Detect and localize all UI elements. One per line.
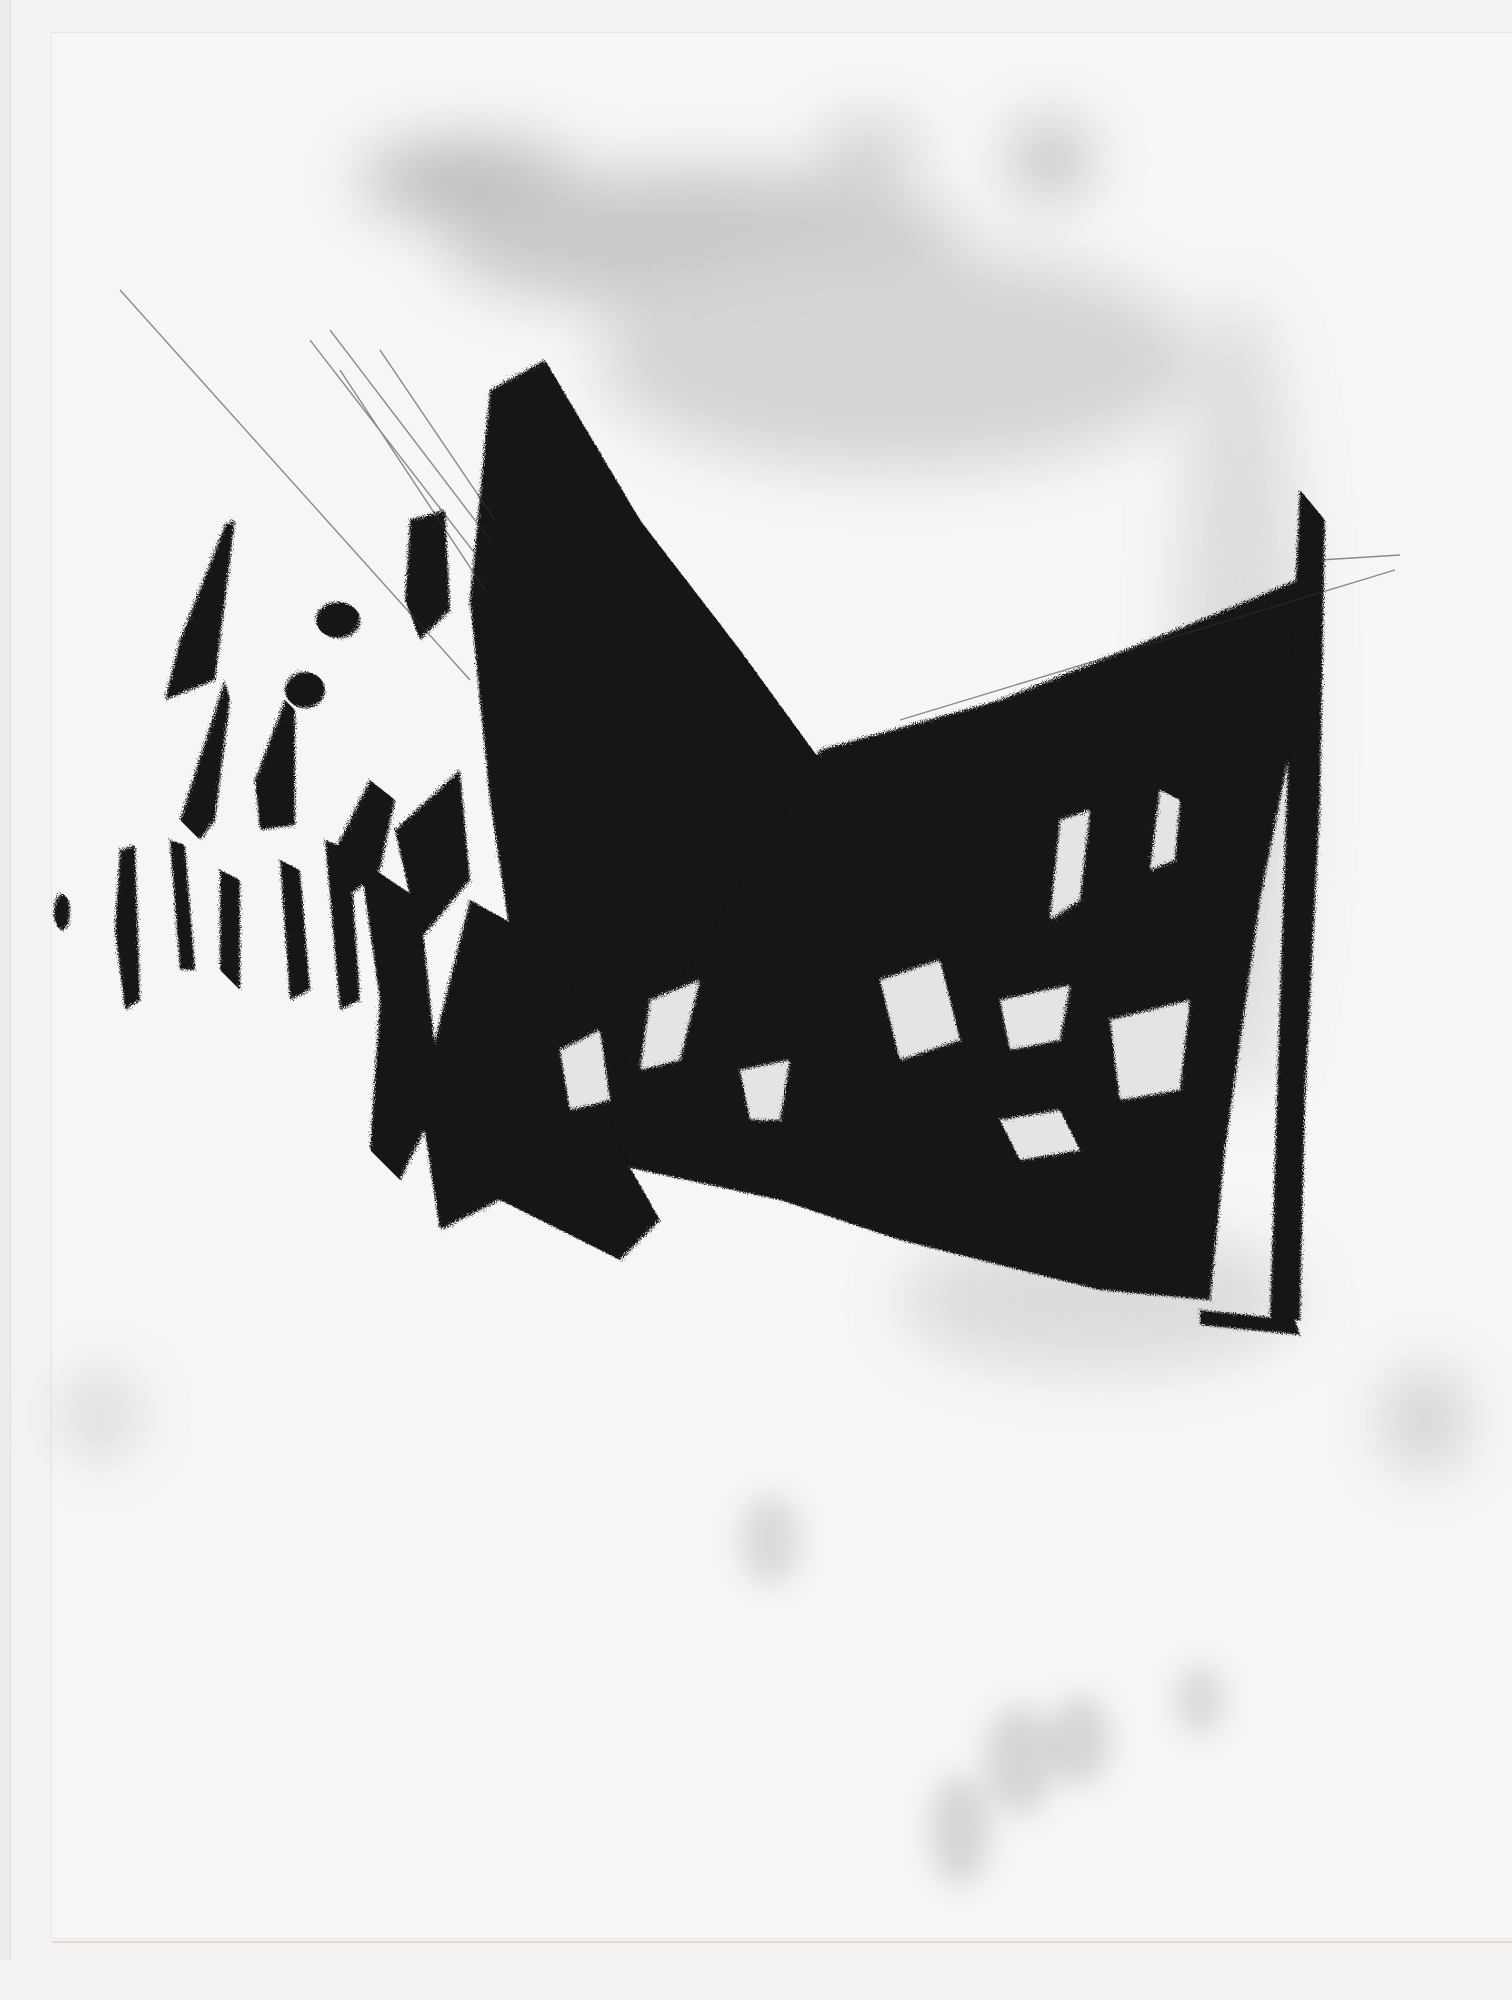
charcoal-drawing bbox=[0, 0, 1512, 2000]
fingerprint-smudges bbox=[740, 1495, 1225, 1885]
